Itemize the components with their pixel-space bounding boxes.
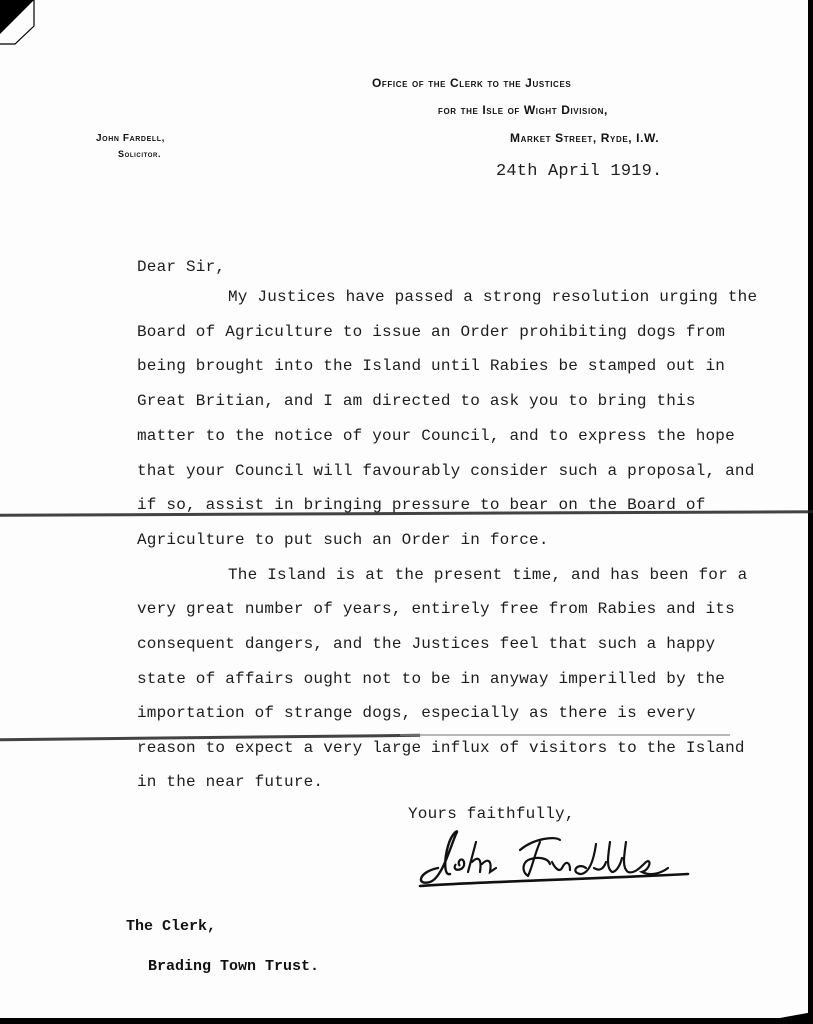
- signature: John Fardell: [410, 828, 700, 890]
- fold-crease: [400, 734, 730, 736]
- closing: Yours faithfully,: [408, 805, 575, 823]
- body-line: matter to the notice of your Council, an…: [137, 427, 735, 445]
- recipient-organization: Brading Town Trust.: [148, 958, 319, 975]
- body-line: Board of Agriculture to issue an Order p…: [137, 323, 725, 341]
- body-line: reason to expect a very large influx of …: [137, 739, 745, 757]
- body-line: consequent dangers, and the Justices fee…: [137, 635, 715, 653]
- body-line: The Island is at the present time, and h…: [228, 566, 747, 584]
- letterhead-address: Market Street, Ryde, I.W.: [510, 131, 659, 145]
- sender-name: John Fardell,: [96, 133, 165, 144]
- fold-crease: [0, 510, 813, 517]
- letter-date: 24th April 1919.: [496, 162, 662, 181]
- sender-title: Solicitor.: [118, 149, 161, 159]
- letterhead-division: for the Isle of Wight Division,: [438, 103, 608, 117]
- body-line: in the near future.: [137, 773, 323, 791]
- letter-page: Office of the Clerk to the Justices for …: [0, 0, 813, 1024]
- letterhead-office: Office of the Clerk to the Justices: [372, 76, 571, 90]
- scan-edge-bottom: [0, 1018, 813, 1024]
- salutation: Dear Sir,: [137, 258, 225, 276]
- body-line: Great Britian, and I am directed to ask …: [137, 392, 696, 410]
- body-line: state of affairs ought not to be in anyw…: [137, 670, 725, 688]
- folded-corner-icon: [0, 0, 36, 46]
- body-line: Agriculture to put such an Order in forc…: [137, 531, 549, 549]
- body-line: importation of strange dogs, especially …: [137, 704, 696, 722]
- body-line: My Justices have passed a strong resolut…: [228, 288, 757, 306]
- body-line: very great number of years, entirely fre…: [137, 600, 735, 618]
- recipient-title: The Clerk,: [126, 918, 216, 935]
- body-line: being brought into the Island until Rabi…: [137, 357, 725, 375]
- body-line: that your Council will favourably consid…: [137, 462, 755, 480]
